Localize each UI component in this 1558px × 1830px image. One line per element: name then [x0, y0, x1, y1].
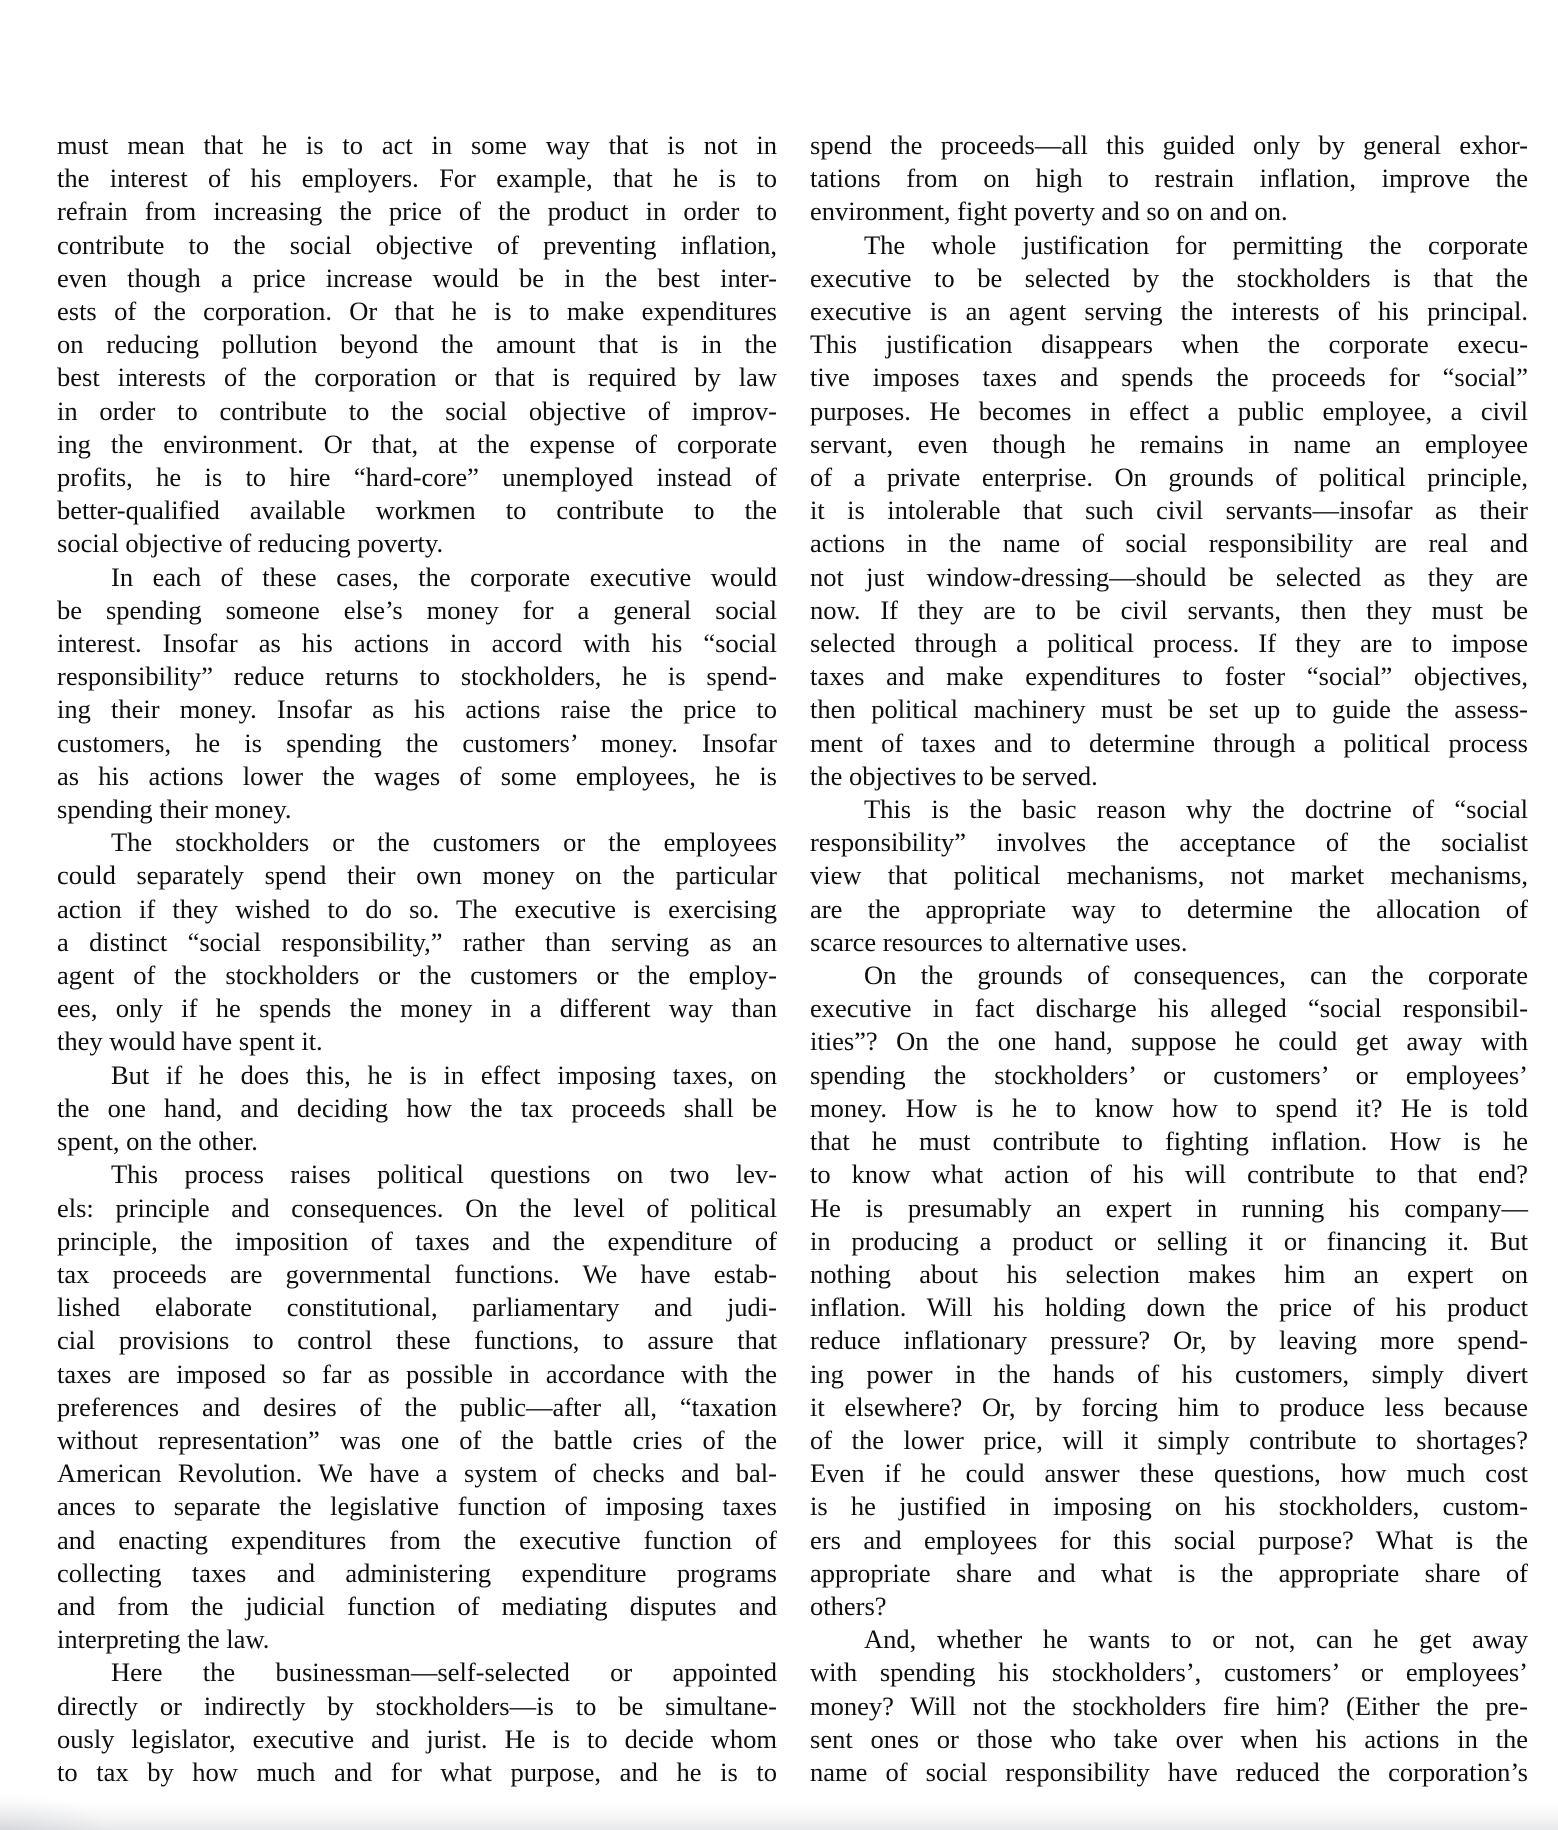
text-line: refrain from increasing the price of the…: [57, 195, 777, 228]
text-line: ously legislator, executive and jurist. …: [57, 1723, 777, 1756]
text-line: taxes and make expenditures to foster “s…: [810, 660, 1528, 693]
text-line: in order to contribute to the social obj…: [57, 395, 777, 428]
text-line: agent of the stockholders or the custome…: [57, 959, 777, 992]
text-line: interpreting the law.: [57, 1623, 777, 1656]
text-line: nothing about his selection makes him an…: [810, 1258, 1528, 1291]
text-line: view that political mechanisms, not mark…: [810, 859, 1528, 892]
text-line: environment, fight poverty and so on and…: [810, 195, 1528, 228]
text-line: be spending someone else’s money for a g…: [57, 594, 777, 627]
text-line: ing power in the hands of his customers,…: [810, 1358, 1528, 1391]
text-line: principle, the imposition of taxes and t…: [57, 1225, 777, 1258]
text-line: ances to separate the legislative functi…: [57, 1490, 777, 1523]
text-line: executive in fact discharge his alleged …: [810, 992, 1528, 1025]
text-line: Here the businessman—self-selected or ap…: [57, 1656, 777, 1689]
text-line: sent ones or those who take over when hi…: [810, 1723, 1528, 1756]
text-line: On the grounds of consequences, can the …: [810, 959, 1528, 992]
text-line: of a private enterprise. On grounds of p…: [810, 461, 1528, 494]
text-line: on reducing pollution beyond the amount …: [57, 328, 777, 361]
text-line: He is presumably an expert in running hi…: [810, 1192, 1528, 1225]
text-line: tive imposes taxes and spends the procee…: [810, 361, 1528, 394]
text-line: reduce inflationary pressure? Or, by lea…: [810, 1324, 1528, 1357]
text-line: a distinct “social responsibility,” rath…: [57, 926, 777, 959]
text-line: social objective of reducing poverty.: [57, 527, 777, 560]
text-line: spend the proceeds—all this guided only …: [810, 129, 1528, 162]
text-line: ests of the corporation. Or that he is t…: [57, 295, 777, 328]
text-line: contribute to the social objective of pr…: [57, 229, 777, 262]
text-line: the interest of his employers. For examp…: [57, 162, 777, 195]
text-line: as his actions lower the wages of some e…: [57, 760, 777, 793]
text-line: American Revolution. We have a system of…: [57, 1457, 777, 1490]
text-line: Even if he could answer these questions,…: [810, 1457, 1528, 1490]
text-line: This justification disappears when the c…: [810, 328, 1528, 361]
page-bottom-shadow: [0, 1802, 1558, 1830]
text-line: the objectives to be served.: [810, 760, 1528, 793]
text-line: selected through a political process. If…: [810, 627, 1528, 660]
text-line: collecting taxes and administering expen…: [57, 1557, 777, 1590]
text-line: directly or indirectly by stockholders—i…: [57, 1690, 777, 1723]
text-line: ers and employees for this social purpos…: [810, 1524, 1528, 1557]
text-line: and from the judicial function of mediat…: [57, 1590, 777, 1623]
text-column-right: spend the proceeds—all this guided only …: [810, 129, 1528, 1789]
scanned-document-page: must mean that he is to act in some way …: [0, 0, 1558, 1830]
text-line: with spending his stockholders’, custome…: [810, 1656, 1528, 1689]
text-line: of the lower price, will it simply contr…: [810, 1424, 1528, 1457]
text-line: then political machinery must be set up …: [810, 693, 1528, 726]
text-line: name of social responsibility have reduc…: [810, 1756, 1528, 1789]
text-line: appropriate share and what is the approp…: [810, 1557, 1528, 1590]
text-line: In each of these cases, the corporate ex…: [57, 561, 777, 594]
text-line: executive to be selected by the stockhol…: [810, 262, 1528, 295]
text-line: to know what action of his will contribu…: [810, 1158, 1528, 1191]
text-line: money? Will not the stockholders fire hi…: [810, 1690, 1528, 1723]
text-line: better-qualified available workmen to co…: [57, 494, 777, 527]
text-line: The whole justification for permitting t…: [810, 229, 1528, 262]
text-line: tax proceeds are governmental functions.…: [57, 1258, 777, 1291]
text-line: to tax by how much and for what purpose,…: [57, 1756, 777, 1789]
text-line: inflation. Will his holding down the pri…: [810, 1291, 1528, 1324]
text-line: ees, only if he spends the money in a di…: [57, 992, 777, 1025]
text-column-left: must mean that he is to act in some way …: [57, 129, 777, 1789]
text-line: cial provisions to control these functio…: [57, 1324, 777, 1357]
text-line: spent, on the other.: [57, 1125, 777, 1158]
text-line: ities”? On the one hand, suppose he coul…: [810, 1025, 1528, 1058]
text-line: taxes are imposed so far as possible in …: [57, 1358, 777, 1391]
text-line: lished elaborate constitutional, parliam…: [57, 1291, 777, 1324]
text-line: spending their money.: [57, 793, 777, 826]
text-line: servant, even though he remains in name …: [810, 428, 1528, 461]
text-line: must mean that he is to act in some way …: [57, 129, 777, 162]
text-line: is he justified in imposing on his stock…: [810, 1490, 1528, 1523]
text-line: preferences and desires of the public—af…: [57, 1391, 777, 1424]
text-line: profits, he is to hire “hard-core” unemp…: [57, 461, 777, 494]
text-line: This is the basic reason why the doctrin…: [810, 793, 1528, 826]
text-line: interest. Insofar as his actions in acco…: [57, 627, 777, 660]
text-line: But if he does this, he is in effect imp…: [57, 1059, 777, 1092]
text-line: even though a price increase would be in…: [57, 262, 777, 295]
text-line: not just window-dressing—should be selec…: [810, 561, 1528, 594]
text-line: ment of taxes and to determine through a…: [810, 727, 1528, 760]
text-line: others?: [810, 1590, 1528, 1623]
text-line: they would have spent it.: [57, 1025, 777, 1058]
text-line: spending the stockholders’ or customers’…: [810, 1059, 1528, 1092]
text-line: executive is an agent serving the intere…: [810, 295, 1528, 328]
text-line: it is intolerable that such civil servan…: [810, 494, 1528, 527]
text-line: action if they wished to do so. The exec…: [57, 893, 777, 926]
text-line: could separately spend their own money o…: [57, 859, 777, 892]
text-line: els: principle and consequences. On the …: [57, 1192, 777, 1225]
text-line: money. How is he to know how to spend it…: [810, 1092, 1528, 1125]
text-line: are the appropriate way to determine the…: [810, 893, 1528, 926]
text-line: responsibility” involves the acceptance …: [810, 826, 1528, 859]
text-line: ing their money. Insofar as his actions …: [57, 693, 777, 726]
text-line: This process raises political questions …: [57, 1158, 777, 1191]
text-line: The stockholders or the customers or the…: [57, 826, 777, 859]
text-line: ing the environment. Or that, at the exp…: [57, 428, 777, 461]
text-line: scarce resources to alternative uses.: [810, 926, 1528, 959]
text-line: and enacting expenditures from the execu…: [57, 1524, 777, 1557]
text-line: responsibility” reduce returns to stockh…: [57, 660, 777, 693]
text-line: that he must contribute to fighting infl…: [810, 1125, 1528, 1158]
text-line: purposes. He becomes in effect a public …: [810, 395, 1528, 428]
text-line: it elsewhere? Or, by forcing him to prod…: [810, 1391, 1528, 1424]
text-line: now. If they are to be civil servants, t…: [810, 594, 1528, 627]
text-line: actions in the name of social responsibi…: [810, 527, 1528, 560]
text-line: customers, he is spending the customers’…: [57, 727, 777, 760]
text-line: in producing a product or selling it or …: [810, 1225, 1528, 1258]
text-line: best interests of the corporation or tha…: [57, 361, 777, 394]
text-line: without representation” was one of the b…: [57, 1424, 777, 1457]
text-line: the one hand, and deciding how the tax p…: [57, 1092, 777, 1125]
text-line: tations from on high to restrain inflati…: [810, 162, 1528, 195]
text-line: And, whether he wants to or not, can he …: [810, 1623, 1528, 1656]
